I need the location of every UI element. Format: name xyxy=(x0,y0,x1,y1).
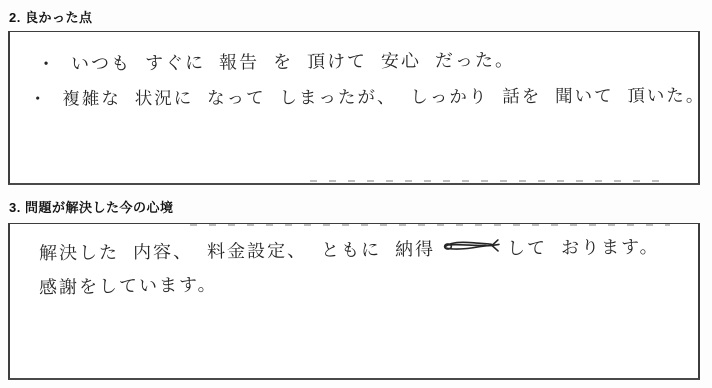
answer-box-current-feelings: 解決した 内容、 料金設定、 ともに 納得 して おります。 感謝をしています。 xyxy=(8,223,700,380)
handwritten-line: ・ いつも すぐに 報告 を 頂けて 安心 だった。 xyxy=(37,46,515,76)
scanned-questionnaire-page: 2. 良かった点 ・ いつも すぐに 報告 を 頂けて 安心 だった。 ・ 複雑… xyxy=(0,0,712,388)
scan-noise-artifact xyxy=(310,180,670,182)
scan-noise-artifact xyxy=(190,224,670,226)
handwritten-text: して おります。 xyxy=(507,233,660,261)
handwritten-line: ・ 複雑な 状況に なって しまったが、 しっかり 話を 聞いて 頂いた。 xyxy=(29,82,706,111)
handwritten-text: 解決した 内容、 料金設定、 ともに 納得 xyxy=(39,235,435,265)
handwritten-line: 解決した 内容、 料金設定、 ともに 納得 して おります。 xyxy=(39,233,660,265)
answer-box-good-points: ・ いつも すぐに 報告 を 頂けて 安心 だった。 ・ 複雑な 状況に なって… xyxy=(8,31,700,185)
section-label-good-points: 2. 良かった点 xyxy=(9,7,92,26)
scribble-strikethrough-icon xyxy=(442,237,500,259)
section-label-current-feelings: 3. 問題が解決した今の心境 xyxy=(9,197,173,216)
handwritten-line: 感謝をしています。 xyxy=(39,270,218,299)
